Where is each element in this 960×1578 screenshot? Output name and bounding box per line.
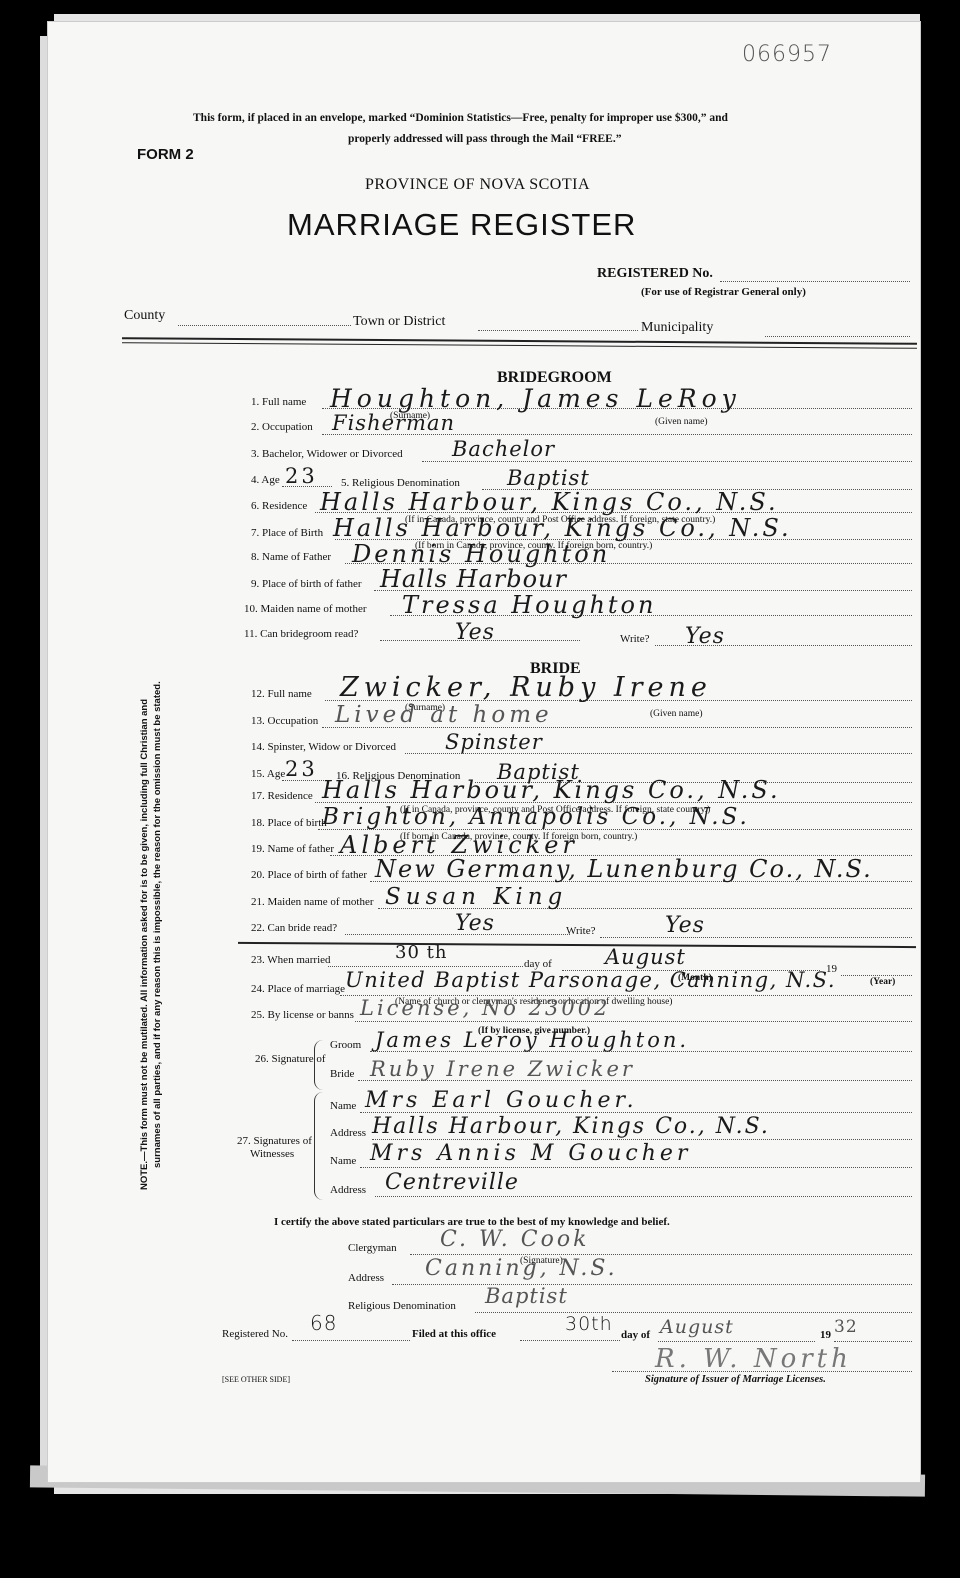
- bride-birthplace-label: 18. Place of birth: [251, 817, 327, 829]
- bride-signature[interactable]: Ruby Irene Zwicker: [370, 1057, 635, 1081]
- place-of-marriage[interactable]: United Baptist Parsonage, Canning, N.S.: [345, 968, 836, 992]
- groom-age[interactable]: 23: [285, 464, 318, 488]
- groom-birthplace[interactable]: Halls Harbour, Kings Co., N.S.: [333, 514, 792, 542]
- bride-status-label: 14. Spinster, Widow or Divorced: [251, 741, 396, 753]
- issuer-signature-line: [612, 1371, 912, 1372]
- groom-father-birthplace[interactable]: Halls Harbour: [380, 565, 567, 593]
- bride-occupation-label: 13. Occupation: [251, 715, 318, 727]
- postal-notice-line2: properly addressed will pass through the…: [348, 133, 621, 145]
- groom-father-label: 8. Name of Father: [251, 551, 331, 563]
- clergy-religion[interactable]: Baptist: [485, 1284, 568, 1308]
- postal-notice: This form, if placed in an envelope, mar…: [193, 112, 728, 124]
- issuer-signature[interactable]: R. W. North: [655, 1344, 852, 1374]
- groom-age-label: 4. Age: [251, 474, 280, 486]
- witness2-address[interactable]: Centreville: [385, 1170, 519, 1195]
- issuer-label: Signature of Issuer of Marriage Licenses…: [645, 1374, 826, 1385]
- groom-status-label: 3. Bachelor, Widower or Divorced: [251, 448, 403, 460]
- bride-father-birthplace[interactable]: New Germany, Lunenburg Co., N.S.: [375, 855, 873, 883]
- bride-write-label: Write?: [566, 925, 595, 937]
- witness1-name[interactable]: Mrs Earl Goucher.: [365, 1088, 638, 1113]
- bride-read-label: 22. Can bride read?: [251, 922, 337, 934]
- bride-age[interactable]: 23: [285, 757, 318, 781]
- witness2-name-line: [360, 1167, 912, 1168]
- witnesses-label: 27. Signatures of: [237, 1135, 312, 1147]
- marriage-day[interactable]: 30 th: [395, 942, 447, 963]
- bride-full-name-label: 12. Full name: [251, 688, 312, 700]
- when-married-line: [328, 966, 523, 967]
- clergyman-line: [410, 1254, 912, 1255]
- witness1-name-label: Name: [330, 1100, 356, 1112]
- bride-signature-label: Bride: [330, 1068, 354, 1080]
- filing-month[interactable]: August: [660, 1316, 734, 1338]
- bride-residence-label: 17. Residence: [251, 790, 313, 802]
- groom-mother-label: 10. Maiden name of mother: [244, 603, 367, 615]
- municipality-label: Municipality: [641, 320, 713, 336]
- groom-father[interactable]: Dennis Houghton: [352, 540, 610, 568]
- groom-residence[interactable]: Halls Harbour, Kings Co., N.S.: [320, 488, 779, 516]
- filing-day-of-label: day of: [621, 1329, 650, 1341]
- clergyman-signature[interactable]: C. W. Cook: [440, 1227, 589, 1252]
- groom-residence-label: 6. Residence: [251, 500, 307, 512]
- see-other-side: [SEE OTHER SIDE]: [222, 1375, 290, 1384]
- groom-status[interactable]: Bachelor: [452, 437, 555, 461]
- filed-day-line: [520, 1340, 620, 1341]
- witness2-address-label: Address: [330, 1184, 366, 1196]
- when-married-label: 23. When married: [251, 954, 331, 966]
- bride-status[interactable]: Spinster: [445, 730, 543, 754]
- witness2-address-line: [375, 1196, 912, 1197]
- witnesses-label-2: Witnesses: [250, 1148, 294, 1160]
- county-field[interactable]: [178, 325, 351, 326]
- witness1-address[interactable]: Halls Harbour, Kings Co., N.S.: [372, 1114, 770, 1139]
- place-of-marriage-label: 24. Place of marriage: [251, 983, 345, 995]
- license-line: [355, 1021, 912, 1022]
- witness1-address-line: [372, 1139, 912, 1140]
- bride-given-hint: (Given name): [650, 709, 703, 719]
- year-hint: (Year): [870, 977, 895, 987]
- groom-read[interactable]: Yes: [455, 620, 495, 645]
- town-field[interactable]: [478, 330, 638, 331]
- witness2-name-label: Name: [330, 1155, 356, 1167]
- bride-father-label: 19. Name of father: [251, 843, 334, 855]
- registered-no-field[interactable]: [720, 281, 910, 282]
- marriage-year-field[interactable]: [841, 975, 912, 976]
- groom-given-hint: (Given name): [655, 417, 708, 427]
- groom-occupation-label: 2. Occupation: [251, 421, 313, 433]
- county-label: County: [124, 308, 165, 324]
- signature-brace: [314, 1040, 323, 1090]
- clergy-address[interactable]: Canning, N.S.: [425, 1256, 618, 1281]
- bride-birthplace[interactable]: Brighton, Annapolis Co., N.S.: [322, 804, 750, 830]
- bride-read[interactable]: Yes: [455, 911, 495, 936]
- province-heading: PROVINCE OF NOVA SCOTIA: [365, 176, 590, 194]
- filing-registered-no-line: [292, 1340, 410, 1341]
- clergy-religion-line: [475, 1312, 912, 1313]
- groom-signature-label: Groom: [330, 1039, 361, 1051]
- groom-mother[interactable]: Tressa Houghton: [402, 591, 656, 619]
- groom-full-name-label: 1. Full name: [251, 396, 306, 408]
- registered-no-label: REGISTERED No.: [597, 266, 713, 282]
- groom-read-label: 11. Can bridegroom read?: [244, 628, 358, 640]
- bride-age-label: 15. Age: [251, 768, 285, 780]
- bride-mother[interactable]: Susan King: [385, 884, 567, 910]
- filing-year[interactable]: 32: [834, 1317, 858, 1337]
- bride-full-name[interactable]: Zwicker, Ruby Irene: [340, 672, 712, 703]
- groom-father-birthplace-label: 9. Place of birth of father: [251, 578, 362, 590]
- groom-birthplace-label: 7. Place of Birth: [251, 527, 323, 539]
- page-title: MARRIAGE REGISTER: [287, 207, 636, 243]
- license-number[interactable]: License, No 23002: [360, 996, 610, 1020]
- bride-mother-label: 21. Maiden name of mother: [251, 896, 374, 908]
- groom-full-name[interactable]: Houghton, James LeRoy: [330, 384, 741, 413]
- bride-father-birthplace-label: 20. Place of birth of father: [251, 869, 367, 881]
- marriage-month[interactable]: August: [605, 945, 686, 969]
- witness-brace: [314, 1092, 323, 1200]
- bride-residence[interactable]: Halls Harbour, Kings Co., N.S.: [322, 776, 781, 804]
- groom-write-label: Write?: [620, 633, 649, 645]
- groom-status-line: [422, 461, 912, 462]
- bride-occupation[interactable]: Lived at home: [335, 702, 553, 728]
- filed-label: Filed at this office: [412, 1328, 496, 1340]
- filed-day[interactable]: 30th: [565, 1313, 613, 1335]
- side-note-line1: NOTE.—This form must not be mutilated. A…: [138, 681, 151, 1190]
- groom-signature[interactable]: James Leroy Houghton.: [375, 1028, 689, 1052]
- filing-registered-no[interactable]: 68: [310, 1311, 337, 1335]
- license-label: 25. By license or banns: [251, 1009, 354, 1021]
- registered-no-note: (For use of Registrar General only): [641, 286, 806, 298]
- form-label: FORM 2: [137, 146, 194, 163]
- bride-write-line: [600, 937, 912, 938]
- clergy-address-line: [392, 1284, 912, 1285]
- groom-write[interactable]: Yes: [685, 624, 725, 649]
- archive-number: 066957: [742, 42, 832, 67]
- side-note-line2: surnames of all parties, and if for any …: [151, 681, 164, 1190]
- municipality-field[interactable]: [765, 336, 910, 337]
- filing-year-line: [834, 1341, 912, 1342]
- clergy-address-label: Address: [348, 1272, 384, 1284]
- groom-occupation[interactable]: Fisherman: [332, 411, 455, 435]
- filing-registered-no-label: Registered No.: [222, 1328, 288, 1340]
- filing-year-prefix: 19: [820, 1329, 831, 1341]
- clergyman-label: Clergyman: [348, 1242, 397, 1254]
- side-note: NOTE.—This form must not be mutilated. A…: [138, 681, 164, 1190]
- bride-write[interactable]: Yes: [665, 913, 705, 938]
- groom-religion[interactable]: Baptist: [507, 466, 590, 490]
- witness1-address-label: Address: [330, 1127, 366, 1139]
- clergy-religion-label: Religious Denomination: [348, 1300, 456, 1312]
- filing-month-line: [658, 1341, 815, 1342]
- town-label: Town or District: [353, 314, 445, 330]
- witness2-name[interactable]: Mrs Annis M Goucher: [370, 1141, 691, 1166]
